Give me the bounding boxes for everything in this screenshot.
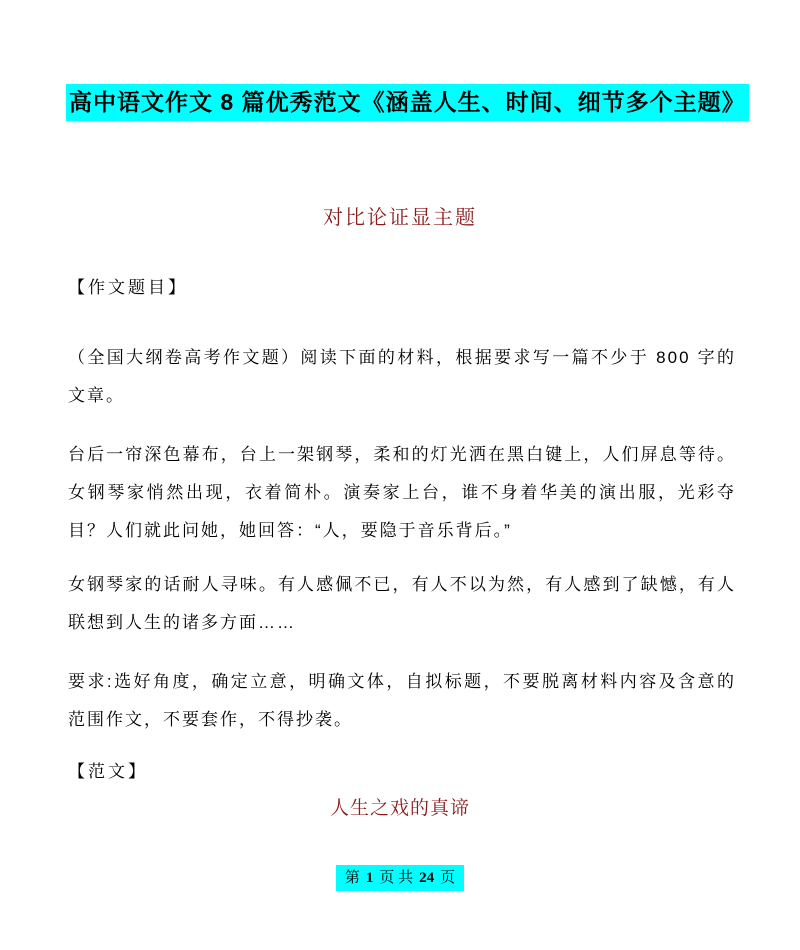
footer-total-pages: 24	[419, 870, 434, 886]
document-title-container: 高中语文作文 8 篇优秀范文《涵盖人生、时间、细节多个主题》	[66, 84, 736, 121]
footer-container: 第1页 共24页	[0, 865, 800, 891]
topic-label: 【作文题目】	[68, 276, 188, 300]
sample-essay-label: 【范文】	[68, 760, 148, 784]
section-heading: 对比论证显主题	[0, 204, 800, 232]
footer-suffix: 页	[440, 870, 455, 886]
essay-title: 人生之戏的真谛	[0, 796, 800, 822]
footer-middle: 页 共	[379, 870, 413, 886]
paragraph-reactions: 女钢琴家的话耐人寻味。有人感佩不已，有人不以为然，有人感到了缺憾，有人联想到人生…	[68, 566, 736, 642]
paragraph-exam-prompt: （全国大纲卷高考作文题）阅读下面的材料，根据要求写一篇不少于 800 字的文章。	[68, 339, 736, 415]
footer-prefix: 第	[345, 870, 360, 886]
document-page: 高中语文作文 8 篇优秀范文《涵盖人生、时间、细节多个主题》 对比论证显主题 【…	[0, 0, 800, 950]
paragraph-requirements: 要求:选好角度，确定立意，明确文体，自拟标题，不要脱离材料内容及含意的范围作文，…	[68, 663, 736, 739]
paragraph-material: 台后一帘深色幕布，台上一架钢琴，柔和的灯光洒在黑白键上，人们屏息等待。女钢琴家悄…	[68, 436, 736, 550]
document-title: 高中语文作文 8 篇优秀范文《涵盖人生、时间、细节多个主题》	[66, 84, 749, 121]
footer-current-page: 1	[366, 870, 374, 886]
page-number-footer: 第1页 共24页	[336, 865, 464, 891]
